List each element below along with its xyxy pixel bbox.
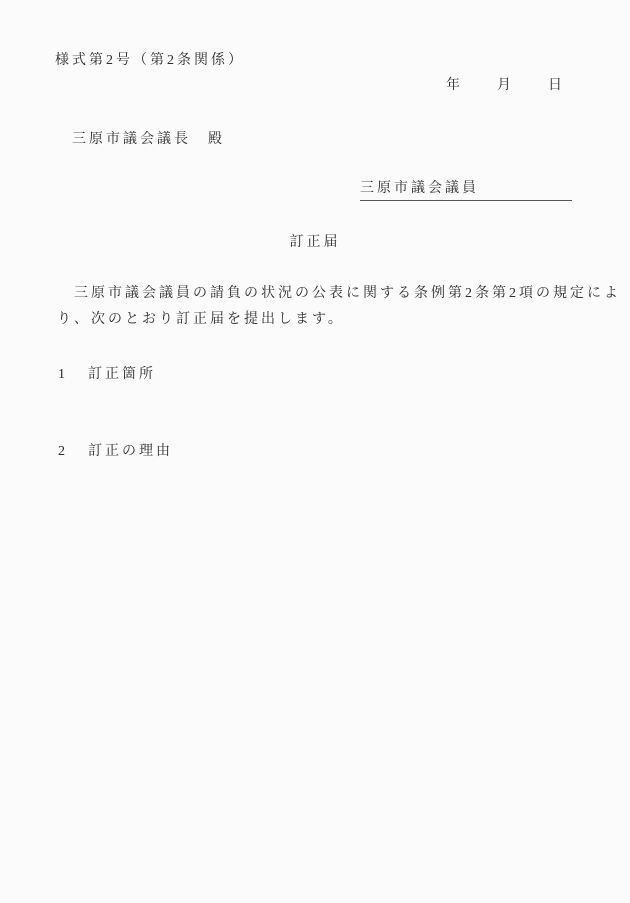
form-number: 様式第2号（第2条関係） <box>55 52 245 69</box>
signer-title: 三原市議会議員 <box>360 181 479 196</box>
item-1-number: 1 <box>58 367 68 382</box>
document-title: 訂正届 <box>0 234 630 251</box>
item-1-label: 訂正箇所 <box>88 367 156 382</box>
signer-underline: 三原市議会議員 <box>360 181 572 201</box>
section-item-1: 1訂正箇所 <box>58 366 156 383</box>
section-item-2: 2訂正の理由 <box>58 443 173 460</box>
date-line: 年 月 日 <box>446 77 565 94</box>
item-2-label: 訂正の理由 <box>88 444 173 459</box>
body-line-1: 三原市議会議員の請負の状況の公表に関する条例第2条第2項の規定によ <box>57 281 627 307</box>
addressee: 三原市議会議長 殿 <box>72 131 225 148</box>
body-paragraph: 三原市議会議員の請負の状況の公表に関する条例第2条第2項の規定によ り、次のとお… <box>57 281 627 333</box>
document-page: 様式第2号（第2条関係） 年 月 日 三原市議会議長 殿 三原市議会議員 訂正届… <box>0 0 630 903</box>
item-2-number: 2 <box>58 444 68 459</box>
body-line-2: り、次のとおり訂正届を提出します。 <box>57 307 627 333</box>
